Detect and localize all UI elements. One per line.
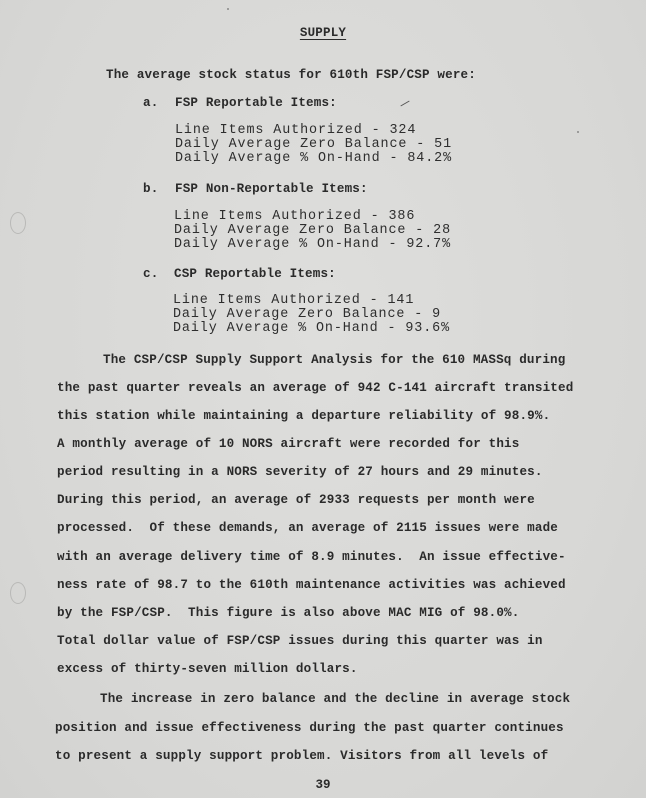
section-a-stat: Line Items Authorized - 324 (175, 124, 416, 138)
section-c-heading: CSP Reportable Items: (174, 267, 336, 281)
section-a-heading: FSP Reportable Items: (175, 96, 337, 110)
section-c-stat: Line Items Authorized - 141 (173, 294, 414, 308)
section-c-marker: c. (143, 267, 158, 281)
paragraph-1-line: Total dollar value of FSP/CSP issues dur… (57, 634, 543, 648)
page-number: 39 (0, 778, 646, 792)
speck-mark (577, 131, 579, 133)
punch-hole-mark (10, 212, 26, 234)
section-b-stat: Line Items Authorized - 386 (174, 210, 415, 224)
paragraph-1-line: with an average delivery time of 8.9 min… (57, 550, 566, 564)
paragraph-1-line: processed. Of these demands, an average … (57, 521, 558, 535)
section-b-stat: Daily Average Zero Balance - 28 (174, 224, 451, 238)
paragraph-1-line: ness rate of 98.7 to the 610th maintenan… (57, 578, 566, 592)
section-a-stat: Daily Average % On-Hand - 84.2% (175, 152, 452, 166)
paragraph-1-line: the past quarter reveals an average of 9… (57, 381, 573, 395)
paragraph-2-line: to present a supply support problem. Vis… (55, 749, 548, 763)
paragraph-1-line: During this period, an average of 2933 r… (57, 493, 535, 507)
paragraph-1-line: period resulting in a NORS severity of 2… (57, 465, 543, 479)
section-b-marker: b. (143, 182, 158, 196)
document-page: SUPPLY The average stock status for 610t… (0, 0, 646, 798)
intro-text: The average stock status for 610th FSP/C… (106, 68, 476, 82)
paragraph-2-line: position and issue effectiveness during … (55, 721, 564, 735)
pen-mark (400, 101, 409, 107)
punch-hole-mark (10, 582, 26, 604)
section-c-stat: Daily Average Zero Balance - 9 (173, 308, 441, 322)
paragraph-2-line: The increase in zero balance and the dec… (100, 692, 570, 706)
section-c-stat: Daily Average % On-Hand - 93.6% (173, 322, 450, 336)
paragraph-1-line: this station while maintaining a departu… (57, 409, 550, 423)
section-b-stat: Daily Average % On-Hand - 92.7% (174, 238, 451, 252)
speck-mark (227, 8, 229, 10)
paragraph-1-line: A monthly average of 10 NORS aircraft we… (57, 437, 519, 451)
section-a-stat: Daily Average Zero Balance - 51 (175, 138, 452, 152)
section-b-heading: FSP Non-Reportable Items: (175, 182, 368, 196)
paragraph-1-line: by the FSP/CSP. This figure is also abov… (57, 606, 519, 620)
title-text: SUPPLY (300, 26, 346, 40)
paragraph-1-line: excess of thirty-seven million dollars. (57, 662, 358, 676)
section-a-marker: a. (143, 96, 158, 110)
page-title: SUPPLY (0, 26, 646, 40)
paragraph-1-line: The CSP/CSP Supply Support Analysis for … (103, 353, 565, 367)
